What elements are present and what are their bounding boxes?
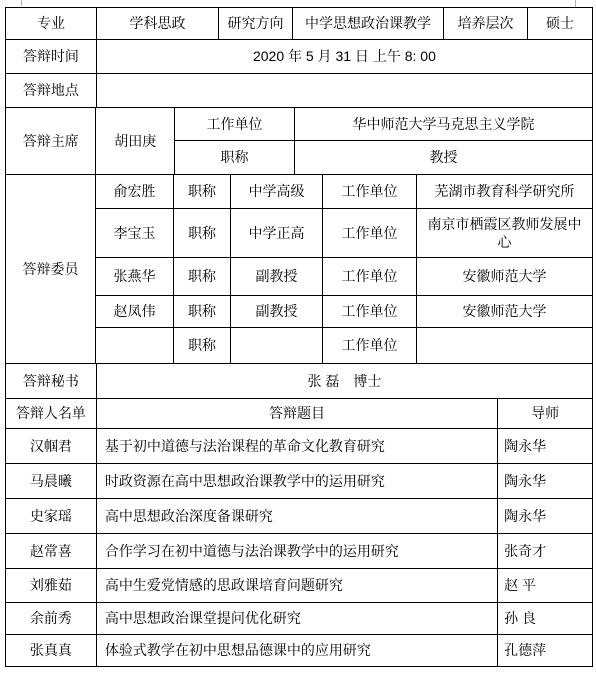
committee-member-title xyxy=(231,328,323,364)
committee-unit-label: 工作单位 xyxy=(323,258,417,296)
direction-value: 中学思想政治课教学 xyxy=(293,8,444,40)
committee-section: 答辩委员 俞宏胜 职称 中学高级 工作单位 芜湖市教育科学研究所 李宝玉 职称 … xyxy=(6,175,593,364)
committee-member-unit: 南京市栖霞区教师发展中心 xyxy=(417,209,593,258)
committee-member-row: 职称 工作单位 xyxy=(96,328,593,364)
committee-member-row: 赵凤伟 职称 副教授 工作单位 安徽师范大学 xyxy=(96,296,593,328)
committee-member-row: 李宝玉 职称 中学正高 工作单位 南京市栖霞区教师发展中心 xyxy=(96,209,593,258)
spreadsheet-gridline-remnant-left xyxy=(21,0,22,6)
time-row: 答辩时间 2020 年 5 月 31 日 上午 8: 00 xyxy=(6,40,593,74)
defender-name: 张真真 xyxy=(6,635,97,667)
defender-name: 汉帼君 xyxy=(6,429,97,464)
committee-member-title: 中学正高 xyxy=(231,209,323,258)
defense-supervisor: 张奇才 xyxy=(498,534,593,569)
time-value: 2020 年 5 月 31 日 上午 8: 00 xyxy=(97,40,593,74)
defense-topic: 高中思想政治深度备课研究 xyxy=(97,499,498,534)
spreadsheet-gridline-remnant-right xyxy=(575,0,576,7)
committee-title-label: 职称 xyxy=(174,296,231,328)
defense-row: 赵常喜 合作学习在初中道德与法治课教学中的运用研究 张奇才 xyxy=(6,534,593,569)
major-row: 专业 学科思政 研究方向 中学思想政治课教学 培养层次 硕士 xyxy=(6,8,593,40)
defense-supervisor: 陶永华 xyxy=(498,499,593,534)
chairman-title-label: 职称 xyxy=(175,141,295,175)
defense-supervisor: 孙 良 xyxy=(498,603,593,635)
committee-title-label: 职称 xyxy=(174,258,231,296)
committee-unit-label: 工作单位 xyxy=(323,209,417,258)
defense-topic: 基于初中道德与法治课程的革命文化教育研究 xyxy=(97,429,498,464)
defender-name: 刘雅茹 xyxy=(6,569,97,603)
committee-title-label: 职称 xyxy=(174,175,231,209)
defense-supervisor-header: 导师 xyxy=(498,399,593,429)
defender-name: 史家瑶 xyxy=(6,499,97,534)
chairman-title-value: 教授 xyxy=(295,141,593,175)
defense-row: 马晨曦 时政资源在高中思想政治课教学中的运用研究 陶永华 xyxy=(6,464,593,499)
major-label: 专业 xyxy=(6,8,97,40)
time-label: 答辩时间 xyxy=(6,40,97,74)
defender-name: 马晨曦 xyxy=(6,464,97,499)
chairman-row: 答辩主席 胡田庚 工作单位 职称 华中师范大学马克思主义学院 教授 xyxy=(6,108,593,175)
committee-member-unit xyxy=(417,328,593,364)
chairman-label: 答辩主席 xyxy=(6,108,96,175)
defense-row: 张真真 体验式教学在初中思想品德课中的应用研究 孔德萍 xyxy=(6,635,593,667)
defense-name-header: 答辩人名单 xyxy=(6,399,97,429)
defense-row: 刘雅茹 高中生爱党情感的思政课培育问题研究 赵 平 xyxy=(6,569,593,603)
committee-member-name xyxy=(96,328,174,364)
chairman-unit-value: 华中师范大学马克思主义学院 xyxy=(295,108,593,141)
committee-unit-label: 工作单位 xyxy=(323,328,417,364)
committee-member-row: 俞宏胜 职称 中学高级 工作单位 芜湖市教育科学研究所 xyxy=(96,175,593,209)
secretary-label: 答辩秘书 xyxy=(6,364,97,399)
defense-list-header: 答辩人名单 答辩题目 导师 xyxy=(6,399,593,429)
committee-title-label: 职称 xyxy=(174,209,231,258)
committee-label: 答辩委员 xyxy=(6,175,96,364)
defense-supervisor: 赵 平 xyxy=(498,569,593,603)
defense-row: 汉帼君 基于初中道德与法治课程的革命文化教育研究 陶永华 xyxy=(6,429,593,464)
secretary-value: 张 磊 博士 xyxy=(97,364,593,399)
location-row: 答辩地点 xyxy=(6,74,593,108)
defense-topic: 高中思想政治课堂提问优化研究 xyxy=(97,603,498,635)
defense-row: 史家瑶 高中思想政治深度备课研究 陶永华 xyxy=(6,499,593,534)
defender-name: 余前秀 xyxy=(6,603,97,635)
defense-row: 余前秀 高中思想政治课堂提问优化研究 孙 良 xyxy=(6,603,593,635)
committee-member-name: 张燕华 xyxy=(96,258,174,296)
committee-member-name: 俞宏胜 xyxy=(96,175,174,209)
chairman-name: 胡田庚 xyxy=(96,108,175,175)
committee-title-label: 职称 xyxy=(174,328,231,364)
chairman-unit-label: 工作单位 xyxy=(175,108,295,141)
defender-name: 赵常喜 xyxy=(6,534,97,569)
direction-label: 研究方向 xyxy=(219,8,293,40)
defense-supervisor: 陶永华 xyxy=(498,429,593,464)
defense-schedule-table: 专业 学科思政 研究方向 中学思想政治课教学 培养层次 硕士 答辩时间 2020… xyxy=(5,7,593,667)
defense-topic-header: 答辩题目 xyxy=(97,399,498,429)
committee-unit-label: 工作单位 xyxy=(323,296,417,328)
committee-member-title: 副教授 xyxy=(231,296,323,328)
committee-member-row: 张燕华 职称 副教授 工作单位 安徽师范大学 xyxy=(96,258,593,296)
committee-member-unit: 安徽师范大学 xyxy=(417,296,593,328)
defense-topic: 高中生爱党情感的思政课培育问题研究 xyxy=(97,569,498,603)
committee-member-name: 赵凤伟 xyxy=(96,296,174,328)
level-label: 培养层次 xyxy=(444,8,528,40)
committee-member-unit: 芜湖市教育科学研究所 xyxy=(417,175,593,209)
defense-topic: 时政资源在高中思想政治课教学中的运用研究 xyxy=(97,464,498,499)
defense-topic: 合作学习在初中道德与法治课教学中的运用研究 xyxy=(97,534,498,569)
level-value: 硕士 xyxy=(528,8,593,40)
defense-supervisor: 陶永华 xyxy=(498,464,593,499)
major-value: 学科思政 xyxy=(97,8,219,40)
secretary-row: 答辩秘书 张 磊 博士 xyxy=(6,364,593,399)
committee-member-title: 中学高级 xyxy=(231,175,323,209)
defense-topic: 体验式教学在初中思想品德课中的应用研究 xyxy=(97,635,498,667)
defense-supervisor: 孔德萍 xyxy=(498,635,593,667)
committee-member-unit: 安徽师范大学 xyxy=(417,258,593,296)
committee-member-name: 李宝玉 xyxy=(96,209,174,258)
committee-member-title: 副教授 xyxy=(231,258,323,296)
committee-unit-label: 工作单位 xyxy=(323,175,417,209)
location-label: 答辩地点 xyxy=(6,74,97,108)
location-value xyxy=(97,74,593,108)
